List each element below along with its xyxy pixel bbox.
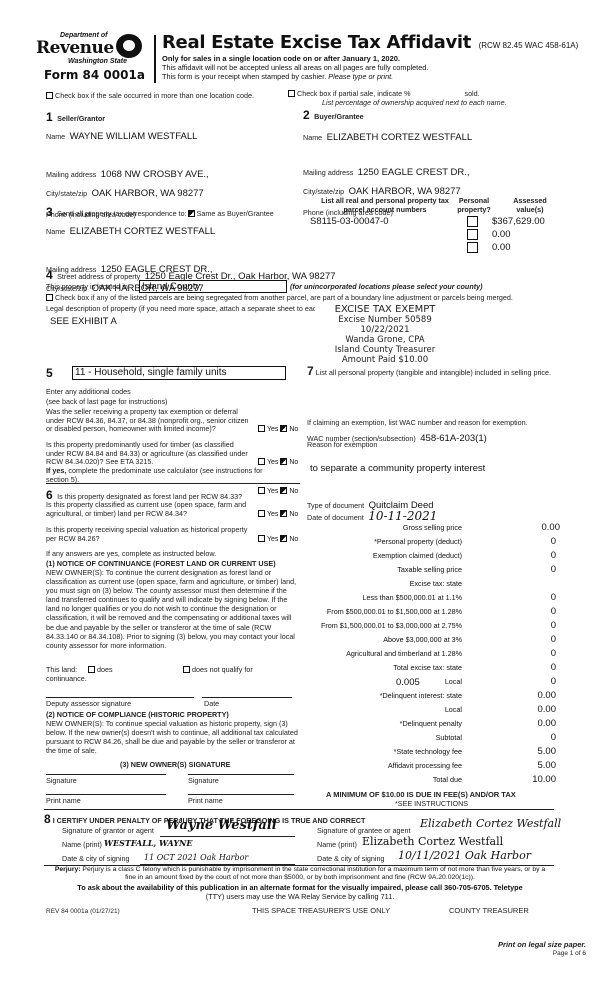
this-land-label: This land: [46, 665, 77, 674]
street-label: Street address of property [57, 272, 140, 281]
yes-label: Yes [267, 536, 278, 543]
tax-row: Above $3,000,000 at 3%0 [300, 635, 600, 649]
partial-sale-row: Check box if partial sale, indicate % so… [288, 89, 480, 98]
tax-row: Agricultural and timberland at 1.28%0 [300, 649, 600, 663]
notice-2-title: (2) NOTICE OF COMPLIANCE (HISTORIC PROPE… [46, 710, 229, 719]
does-label: does [97, 665, 113, 674]
deputy-signature-line [46, 697, 194, 698]
historic-no-checkbox[interactable] [280, 535, 287, 542]
same-as-buyer-label: Same as Buyer/Grantee [197, 209, 274, 218]
tax-row-label: Subtotal [436, 733, 462, 742]
grantor-date-field[interactable]: 11 OCT 2021 Oak Harbor [144, 853, 248, 862]
multi-location-row: Check box if the sale occurred in more t… [46, 91, 254, 100]
timber-yes-no: Yes No [258, 458, 298, 466]
seller-heading: Seller/Grantor [57, 114, 105, 123]
tax-row: Total excise tax: state0 [300, 663, 600, 677]
tax-row-value[interactable]: 0.00 [538, 690, 557, 701]
seller-mail-field[interactable]: 1068 NW CROSBY AVE., [101, 169, 209, 180]
tax-row-label: Local [445, 677, 462, 686]
exemption-note: If claiming an exemption, list WAC numbe… [307, 418, 528, 427]
tax-row-label: Total due [433, 775, 462, 784]
county-note: (for unincorporated locations please sel… [290, 282, 483, 291]
timber-no-checkbox[interactable] [280, 458, 287, 465]
county-treasurer: COUNTY TREASURER [449, 906, 529, 915]
buyer-city-label: City/state/zip [303, 187, 344, 196]
no-label: No [289, 536, 298, 543]
tax-row: *Delinquent penalty0.00 [300, 719, 600, 733]
tty-text: (TTY) users may use the WA Relay Service… [50, 893, 550, 902]
historic-yes-checkbox[interactable] [258, 535, 265, 542]
current-use-no-checkbox[interactable] [280, 510, 287, 517]
logo-swoosh-icon [116, 34, 142, 58]
type-or-print-note: Please type or print. [328, 72, 393, 81]
segregated-checkbox[interactable] [46, 294, 53, 301]
tax-row: *Personal property (deduct)0 [300, 537, 600, 551]
continuance-label: continuance. [46, 674, 87, 683]
legal-description-label-text: Legal description of property (if you ne… [46, 304, 339, 313]
tax-row-value[interactable]: 0.00 [542, 522, 561, 533]
tax-row-value[interactable]: 0 [551, 648, 556, 659]
doc-date-field[interactable]: 10-11-2021 [368, 509, 437, 523]
historic-question: Is this property receiving special valua… [46, 525, 251, 543]
tax-row-label: Affidavit processing fee [388, 761, 462, 770]
tax-row: *Delinquent interest: state0.00 [300, 691, 600, 705]
same-as-buyer-checkbox[interactable] [188, 210, 195, 217]
assessed-value-field[interactable]: 0.00 [492, 229, 511, 240]
tax-row-value[interactable]: 0.00 [538, 704, 557, 715]
tax-row-label: Agricultural and timberland at 1.28% [346, 649, 462, 658]
perjury-note: Perjury: Perjury is a class C felony whi… [50, 866, 550, 882]
notice-1-title: (1) NOTICE OF CONTINUANCE (FOREST LAND O… [46, 559, 276, 568]
tax-row-label: Local [445, 705, 462, 714]
minimum-due-note: A MINIMUM OF $10.00 IS DUE IN FEE(S) AND… [326, 790, 516, 799]
form-number: Form 84 0001a [44, 68, 145, 82]
seller-city-field[interactable]: OAK HARBOR, WA 98277 [92, 188, 204, 199]
current-use-question: Is this property classified as current u… [46, 500, 251, 518]
tax-row-label: Above $3,000,000 at 3% [383, 635, 462, 644]
treasurer-use-only: THIS SPACE TREASURER'S USE ONLY [252, 906, 390, 915]
header-line-3: This form is your receipt when stamped b… [162, 72, 393, 81]
seller-city-label: City/state/zip [46, 189, 87, 198]
stamp-line-6: Amount Paid $10.00 [315, 355, 455, 365]
local-rate-field[interactable]: 0.005 [396, 677, 420, 688]
tax-row: Gross selling price0.00 [300, 523, 600, 537]
does-qualify-checkbox[interactable] [88, 666, 95, 673]
title-text: Real Estate Excise Tax Affidavit [162, 32, 471, 53]
parcel-col-header-numbers: List all real and personal property tax … [310, 196, 460, 214]
section-4-number: 4 [46, 268, 53, 282]
yes-label: Yes [267, 459, 278, 466]
timber-yes-checkbox[interactable] [258, 458, 265, 465]
no-label: No [289, 511, 298, 518]
historic-yes-no: Yes No [258, 535, 298, 543]
stamp-line-5: Island County Treasurer [315, 345, 455, 355]
form-title: Real Estate Excise Tax Affidavit (RCW 82… [162, 32, 578, 53]
located-in-label: This property is located in [46, 282, 128, 291]
tax-row-label: *Delinquent penalty [400, 719, 462, 728]
tax-row: Excise tax: state [300, 579, 600, 593]
page-number: Page 1 of 6 [553, 950, 586, 957]
does-not-qualify-checkbox[interactable] [183, 666, 190, 673]
tax-row-value[interactable]: 0 [551, 634, 556, 645]
tax-row-value[interactable]: 0 [551, 732, 556, 743]
timber-note-text: complete the predominate use calculator … [46, 466, 263, 484]
exemption-yes-no: Yes No [258, 425, 298, 433]
tax-row-value[interactable]: 0 [551, 592, 556, 603]
deputy-signature-label: Deputy assessor signature [46, 699, 131, 708]
personal-property-field[interactable] [307, 388, 557, 414]
tax-row-value[interactable]: 0.00 [538, 718, 557, 729]
tax-row: Local0.00 [300, 705, 600, 719]
tax-row: Total due10.00 [300, 775, 600, 789]
grantee-date-label: Date & city of signing [317, 854, 385, 863]
new-owner-sig-line-1 [46, 774, 166, 775]
tax-row: From $500,000.01 to $1,500,000 at 1.28%0 [300, 607, 600, 621]
excise-stamp: EXCISE TAX EXEMPT Excise Number 50589 10… [315, 305, 455, 365]
tax-row-label: *Personal property (deduct) [374, 537, 462, 546]
grantee-sig-label: Signature of grantee or agent [317, 826, 411, 835]
tax-row: Exemption claimed (deduct)0 [300, 551, 600, 565]
tax-row-value[interactable]: 10.00 [532, 774, 556, 785]
tax-row-label: *State technology fee [394, 747, 462, 756]
stamp-line-3: 10/22/2021 [315, 325, 455, 335]
tax-row-label: *Delinquent interest: state [380, 691, 462, 700]
section-1-number: 1 [46, 110, 53, 124]
use-code-select[interactable]: 11 - Household, single family units [72, 366, 286, 380]
corr-name-field[interactable]: ELIZABETH CORTEZ WESTFALL [70, 226, 216, 237]
exemption-yes-checkbox[interactable] [258, 425, 265, 432]
exemption-no-checkbox[interactable] [280, 425, 287, 432]
buyer-name-field[interactable]: ELIZABETH CORTEZ WESTFALL [327, 132, 473, 143]
tax-row-label: Taxable selling price [397, 565, 462, 574]
section-2-number: 2 [303, 108, 310, 122]
receipt-note: This form is your receipt when stamped b… [162, 72, 326, 81]
partial-sale-checkbox[interactable] [288, 90, 295, 97]
alt-format-note: To ask about the availability of this pu… [50, 884, 550, 901]
correspondence-heading: Send all property tax correspondence to: [57, 209, 186, 218]
additional-codes-label: Enter any additional codes [46, 387, 131, 396]
tax-row-label: Exemption claimed (deduct) [373, 551, 462, 560]
no-label: No [289, 459, 298, 466]
timber-question: Is this property predominantly used for … [46, 441, 251, 467]
tax-row-label: From $500,000.01 to $1,500,000 at 1.28% [327, 607, 462, 616]
multi-location-label: Check box if the sale occurred in more t… [55, 91, 254, 100]
grantor-name-label: Name (print) [62, 840, 102, 849]
grantor-sig-line [160, 836, 295, 837]
tax-row-value[interactable]: 0 [551, 620, 556, 631]
grantor-name-field[interactable]: WESTFALL, WAYNE [104, 838, 192, 848]
notice-2-text: NEW OWNER(S): To continue special valuat… [46, 719, 298, 755]
yes-label: Yes [267, 426, 278, 433]
tax-row-label: From $1,500,000.01 to $3,000,000 at 2.75… [321, 621, 462, 630]
stamp-line-1: EXCISE TAX EXEMPT [315, 305, 455, 315]
section-7-heading: 7 List all personal property (tangible a… [307, 367, 557, 377]
buyer-name-label: Name [303, 133, 322, 142]
perjury-text: Perjury is a class C felony which is pun… [82, 866, 545, 881]
reason-field[interactable]: to separate a community property interes… [310, 463, 485, 474]
tax-row: Subtotal0 [300, 733, 600, 747]
segregated-row: Check box if any of the listed parcels a… [46, 293, 513, 302]
section-5-divider [46, 483, 300, 484]
assessed-value-field[interactable]: 0.00 [492, 242, 511, 253]
partial-sold-label: sold. [464, 89, 479, 98]
grantee-name-field[interactable]: Elizabeth Cortez Westfall [362, 835, 503, 848]
forest-no-checkbox[interactable] [280, 487, 287, 494]
if-yes-instruction: If any answers are yes, complete as inst… [46, 549, 216, 558]
forest-yes-checkbox[interactable] [258, 487, 265, 494]
tax-row-label: Total excise tax: state [393, 663, 462, 672]
corr-name-label: Name [46, 227, 65, 236]
tax-row-value[interactable]: 0 [551, 676, 556, 687]
tax-row: *State technology fee5.00 [300, 747, 600, 761]
parcel-col-header-personal: Personal property? [454, 196, 494, 214]
title-reference: (RCW 82.45 WAC 458-61A) [479, 41, 579, 50]
header-line-1: Only for sales in a single location code… [162, 54, 400, 63]
wac-field[interactable]: 458-61A-203(1) [420, 433, 487, 444]
grantor-date-label: Date & city of signing [62, 854, 130, 863]
personal-property-checkbox[interactable] [467, 229, 478, 240]
county-select[interactable]: Island County [139, 280, 287, 293]
tax-row-value[interactable]: 0 [551, 564, 556, 575]
tax-row-label: Gross selling price [403, 523, 462, 532]
header-line-2: This affidavit will not be accepted unle… [162, 63, 428, 72]
grantor-sig-label: Signature of grantor or agent [62, 826, 154, 835]
section-8-number: 8 [44, 812, 51, 826]
exemption-question: Was the seller receiving a property tax … [46, 408, 256, 434]
seller-name-field[interactable]: WAYNE WILLIAM WESTFALL [70, 131, 198, 142]
section-3-number: 3 [46, 205, 53, 219]
stamp-line-4: Wanda Grone, CPA [315, 335, 455, 345]
legal-description-label: Legal description of property (if you ne… [46, 304, 339, 313]
tax-row-value[interactable]: 0 [551, 606, 556, 617]
tax-row: Affidavit processing fee5.00 [300, 761, 600, 775]
perjury-bold: Perjury: [55, 866, 81, 873]
tax-row-value[interactable]: 5.00 [538, 746, 557, 757]
partial-sale-label: Check box if partial sale, indicate % [297, 89, 410, 98]
multi-location-checkbox[interactable] [46, 92, 53, 99]
see-back-label: (see back of last page for instructions) [46, 397, 167, 406]
seller-mail-label: Mailing address [46, 170, 96, 179]
grantee-name-label: Name (print) [317, 840, 357, 849]
stamp-line-2: Excise Number 50589 [315, 315, 455, 325]
seller-name-label: Name [46, 132, 65, 141]
tax-row: Local0 [300, 677, 600, 691]
buyer-mail-label: Mailing address [303, 168, 353, 177]
legal-paper-note: Print on legal size paper. [498, 940, 586, 949]
tax-row: Less than $500,000.01 at 1.1%0 [300, 593, 600, 607]
deputy-date-label: Date [204, 699, 219, 708]
tax-row-value[interactable]: 5.00 [538, 760, 557, 771]
tax-row-label: Less than $500,000.01 at 1.1% [362, 593, 462, 602]
dor-logo: Department of Revenue Washington State F… [36, 32, 146, 87]
reason-label: Reason for exemption [307, 440, 377, 449]
yes-label: Yes [267, 511, 278, 518]
buyer-mail-field[interactable]: 1250 EAGLE CREST DR., [358, 167, 470, 178]
personal-property-checkbox[interactable] [467, 242, 478, 253]
grantor-signature[interactable]: Wayne Westfall [166, 818, 277, 833]
section-5-number: 5 [46, 366, 53, 380]
new-owner-print-line-2 [188, 794, 294, 795]
new-owner-print-label-1: Print name [46, 796, 81, 805]
no-label: No [289, 488, 298, 495]
legal-description-field[interactable]: SEE EXHIBIT A [50, 316, 117, 327]
tax-row-value[interactable]: 0 [551, 550, 556, 561]
notice-3-title: (3) NEW OWNER(S) SIGNATURE [120, 760, 230, 769]
forest-yes-no: Yes No [258, 487, 298, 495]
new-owner-print-line-1 [46, 794, 166, 795]
new-owner-print-label-2: Print name [188, 796, 223, 805]
segregated-label: Check box if any of the listed parcels a… [55, 293, 513, 302]
logo-revenue: Revenue [36, 38, 114, 58]
current-use-yes-checkbox[interactable] [258, 510, 265, 517]
yes-label: Yes [267, 488, 278, 495]
notice-1-text: NEW OWNER(S): To continue the current de… [46, 568, 298, 650]
tax-row: Taxable selling price0 [300, 565, 600, 579]
deputy-date-line [202, 697, 292, 698]
see-instructions-note: *SEE INSTRUCTIONS [395, 799, 468, 808]
buyer-heading: Buyer/Grantee [314, 112, 364, 121]
doc-date-label: Date of document [307, 513, 364, 522]
personal-property-checkbox[interactable] [467, 216, 478, 227]
no-label: No [289, 426, 298, 433]
header-divider [154, 35, 156, 83]
tax-row-label: Excise tax: state [410, 579, 462, 588]
new-owner-signature-label-2: Signature [188, 776, 219, 785]
personal-property-heading: List all personal property (tangible and… [316, 368, 551, 377]
new-owner-sig-line-2 [188, 774, 294, 775]
section-7-number: 7 [307, 364, 314, 378]
parcel-number-field[interactable]: S8115-03-00047-0 [310, 216, 389, 227]
this-land-row: This land: does does not qualify for [46, 665, 296, 674]
current-use-yes-no: Yes No [258, 510, 298, 518]
logo-washington-state: Washington State [68, 58, 127, 65]
tax-row: From $1,500,000.01 to $3,000,000 at 2.75… [300, 621, 600, 635]
grantee-signature[interactable]: Elizabeth Cortez Westfall [420, 817, 561, 830]
form-revision: REV 84 0001a (01/27/21) [46, 908, 120, 915]
parcel-col-header-assessed: Assessed value(s) [508, 196, 552, 214]
does-not-label: does not qualify for [192, 665, 253, 674]
new-owner-signature-label-1: Signature [46, 776, 77, 785]
timber-note: If yes, complete the predominate use cal… [46, 467, 286, 484]
tax-row-value[interactable]: 0 [551, 536, 556, 547]
grantee-date-field[interactable]: 10/11/2021 Oak Harbor [398, 849, 531, 862]
assessed-value-field[interactable]: $367,629.00 [492, 216, 545, 227]
tax-row-value[interactable]: 0 [551, 662, 556, 673]
